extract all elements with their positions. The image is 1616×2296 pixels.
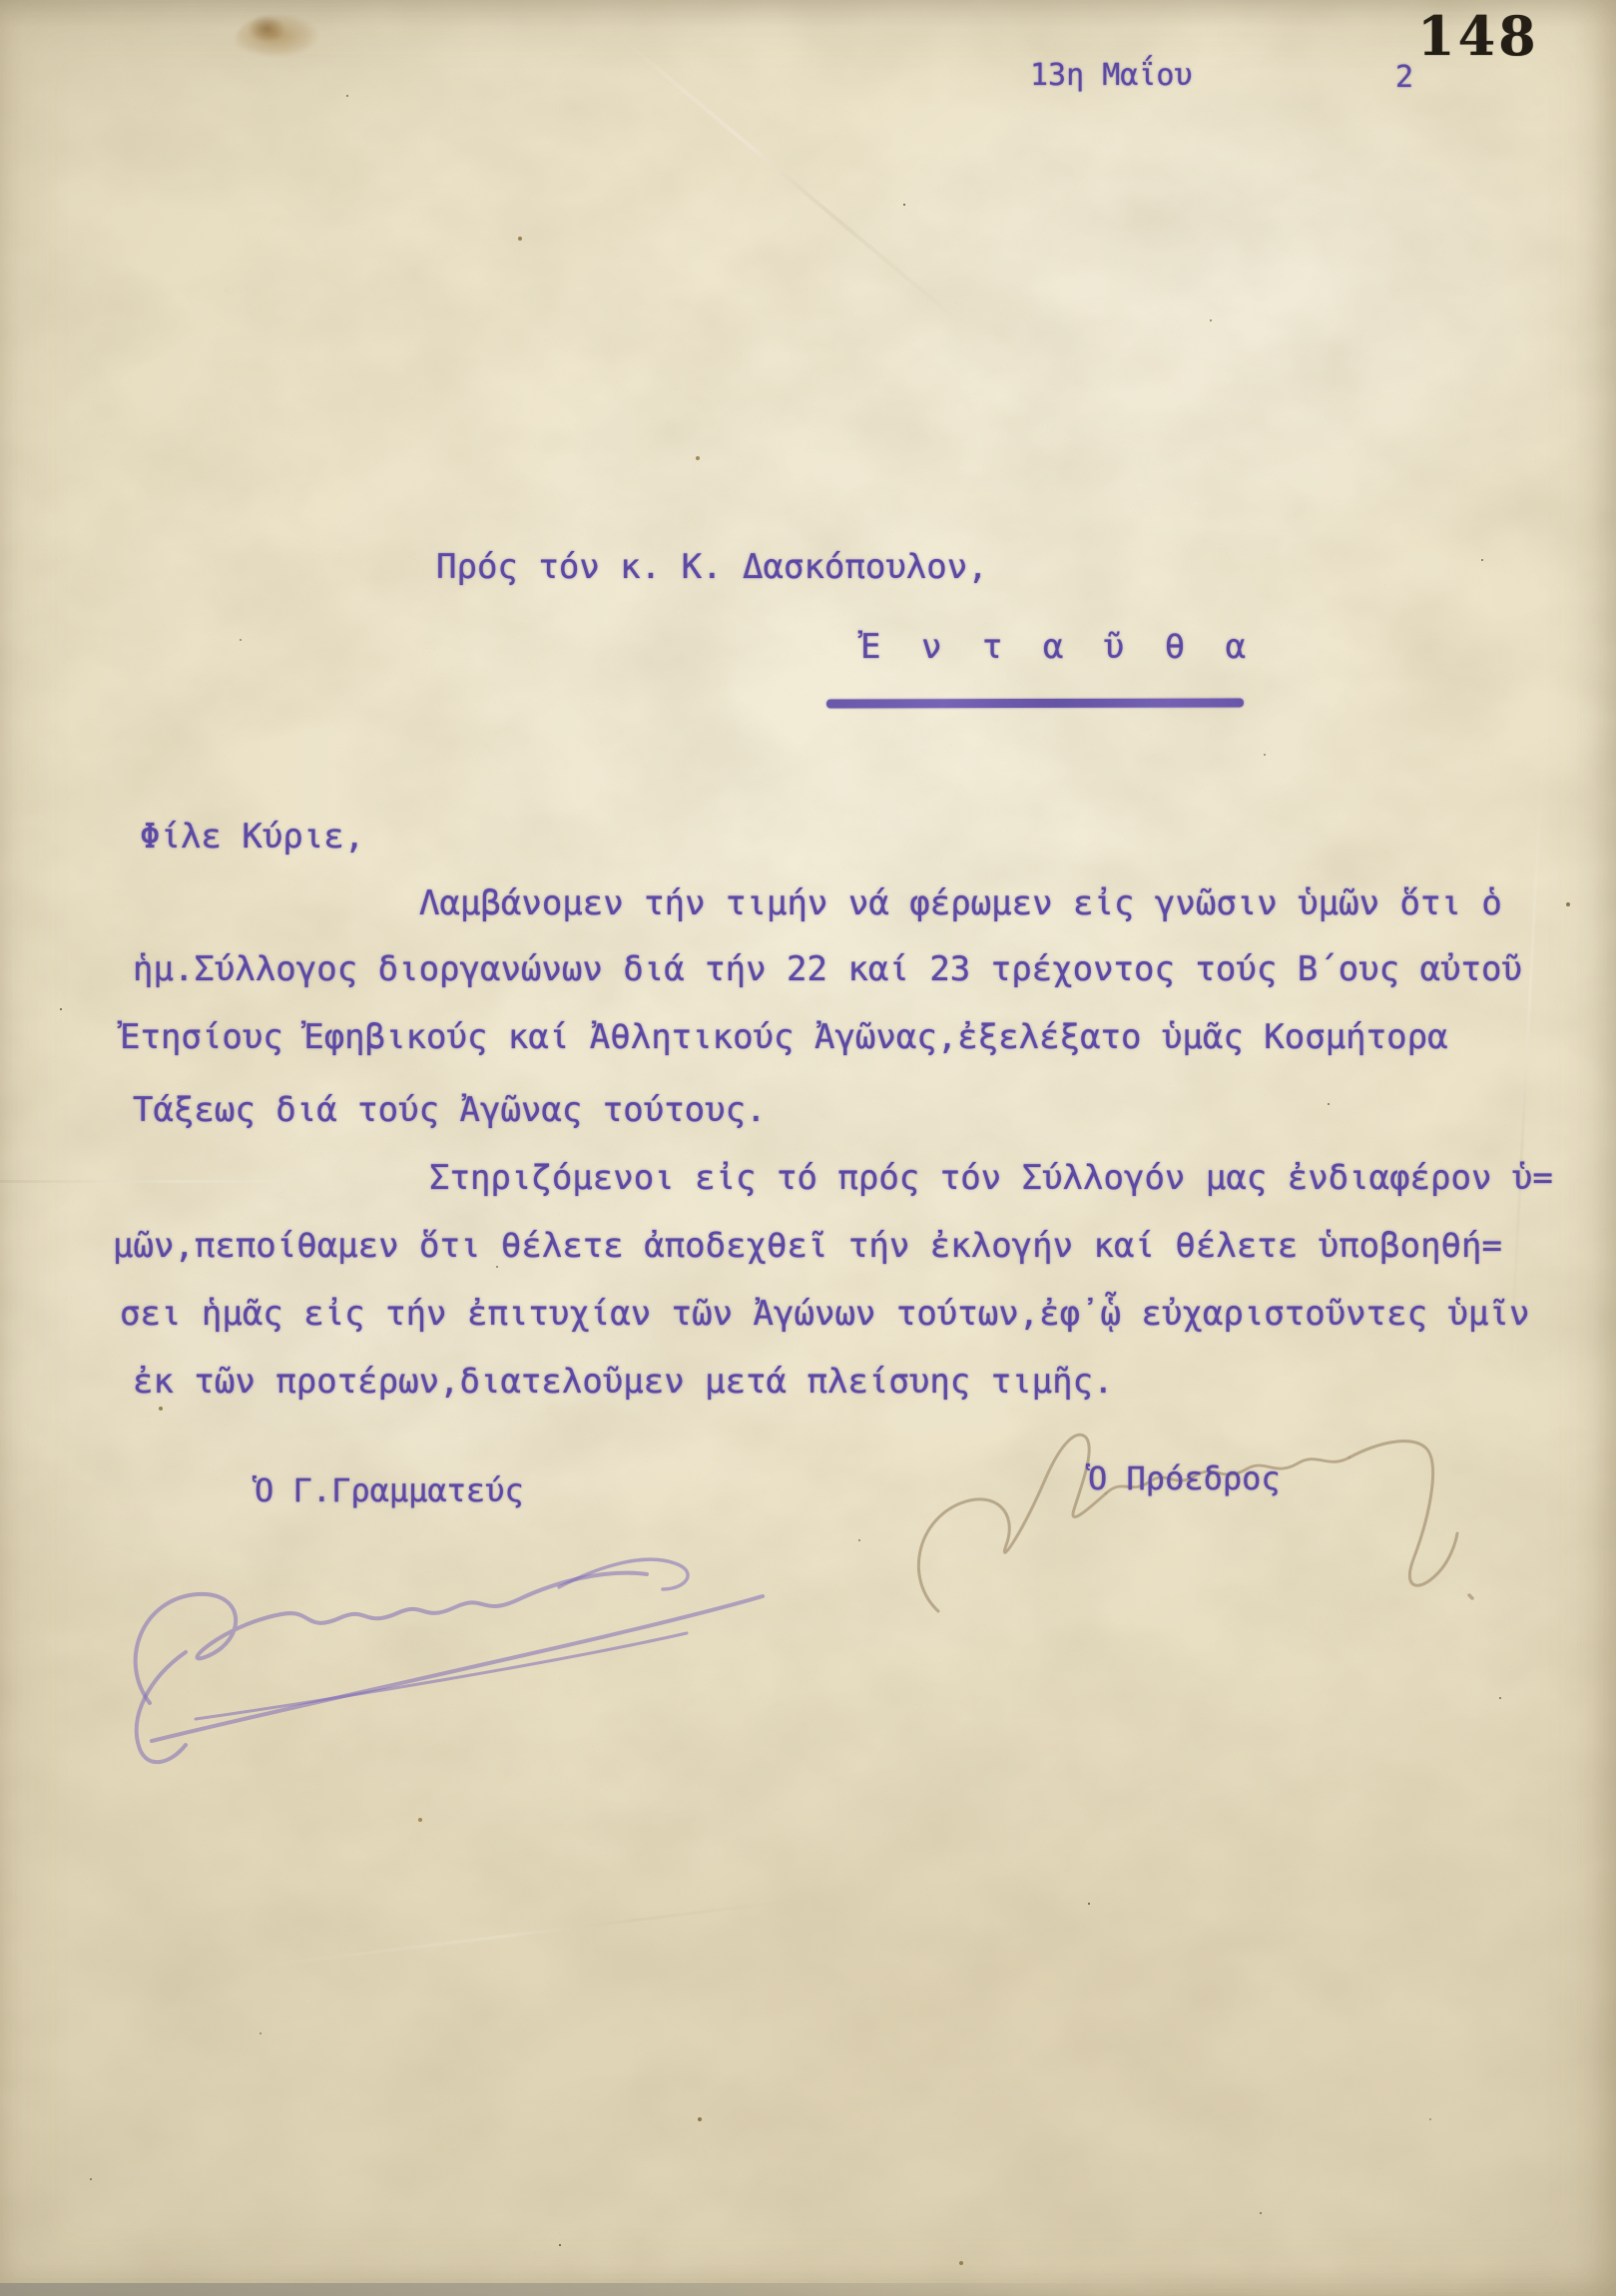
- paper-crease: [1508, 739, 1544, 1377]
- date-line: 13η Μαΐου: [1030, 58, 1193, 94]
- secretary-signature: [136, 1559, 763, 1762]
- location-line: Ἐ ν τ α ῦ θ α: [860, 627, 1256, 668]
- scan-edge-vignette: [0, 0, 1616, 2296]
- paper-crease: [613, 30, 967, 328]
- location-underline: [826, 698, 1244, 708]
- scan-grain-overlay: [0, 0, 1616, 2296]
- president-title: Ὁ Πρόεδρος: [1088, 1459, 1281, 1497]
- body-line: ἐκ τῶν προτέρων,διατελοῦμεν μετά πλείσυη…: [133, 1362, 1114, 1403]
- salutation: Φίλε Κύριε,: [140, 817, 364, 858]
- paper-stain: [236, 12, 339, 68]
- paper-crease: [0, 1180, 299, 1183]
- signatures-layer: [0, 0, 1616, 2296]
- scanned-letter-page: 148 13η Μαΐου 2 Πρός τόν κ. Κ. Δασκόπουλ…: [0, 0, 1616, 2296]
- scan-bottom-edge: [0, 2283, 1118, 2296]
- body-line: Τάξεως διά τούς Ἀγῶνας τούτους.: [133, 1090, 767, 1131]
- date-suffix: 2: [1395, 60, 1413, 96]
- page-number: 148: [1417, 4, 1539, 68]
- body-line: σει ἡμᾶς εἰς τήν ἐπιτυχίαν τῶν Ἀγώνων το…: [120, 1294, 1529, 1335]
- body-line: Στηριζόμενοι εἰς τό πρός τόν Σύλλογόν μα…: [429, 1158, 1553, 1199]
- body-line: Ἐτησίους Ἐφηβικούς καί Ἀθλητικούς Ἀγῶνας…: [120, 1017, 1448, 1058]
- paper-mottle-texture: [0, 0, 1616, 2296]
- secretary-title: Ὁ Γ.Γραμματεύς: [255, 1471, 524, 1509]
- paper-specks: [0, 0, 2, 2]
- body-line: μῶν,πεποίθαμεν ὅτι θέλετε ἀποδεχθεῖ τήν …: [113, 1226, 1502, 1267]
- recipient-line: Πρός τόν κ. Κ. Δασκόπουλον,: [436, 547, 988, 588]
- paper-crease: [252, 1898, 807, 1969]
- body-line: Λαμβάνομεν τήν τιμήν νά φέρωμεν εἰς γνῶσ…: [419, 883, 1502, 924]
- body-line: ἡμ.Σύλλογος διοργανώνων διά τήν 22 καί 2…: [133, 949, 1522, 990]
